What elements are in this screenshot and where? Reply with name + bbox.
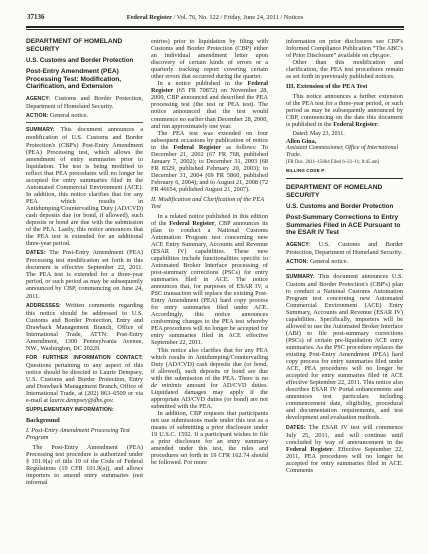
agency-label: AGENCY: (286, 242, 310, 248)
notice-divider-rule (286, 178, 403, 179)
clarification-paragraph: This notice also clarifies that for any … (151, 347, 268, 410)
test-program-paragraph: The Post-Entry Amendment (PEA) Processin… (26, 444, 143, 486)
notice-published-paragraph: In a notice published in the Federal Reg… (151, 80, 268, 129)
action-label: ACTION: (26, 113, 48, 119)
notice1-summary: SUMMARY: This document announces a modif… (26, 126, 143, 247)
notice1-agency-office-heading: U.S. Customs and Border Protection (26, 57, 143, 64)
header-citation: Federal Register / Vol. 76, No. 122 / Fr… (26, 14, 404, 21)
notice2-agency-line: AGENCY: U.S. Customs and Border Protecti… (286, 241, 403, 256)
notice2-summary: SUMMARY: This document announces U.S. Cu… (286, 273, 403, 422)
section-i-heading: I. Post-Entry Amendment Processing Test … (26, 427, 143, 441)
signer-title: Assistant Commissioner, Office of Intern… (286, 145, 403, 158)
notice1-department-heading: DEPARTMENT OF HOMELAND SECURITY (26, 38, 143, 53)
dates-text: The ESAR IV test will commence July 25, … (286, 424, 403, 474)
notice1-agency-line: AGENCY: Customs and Border Protection, D… (26, 95, 143, 110)
column-right: information on prior disclosures see CBP… (286, 38, 403, 550)
test-program-paragraph-continued: entries) prior to liquidation by filing … (151, 38, 268, 80)
other-than-paragraph: Other than this modification and clarifi… (286, 59, 403, 80)
notice2-action-line: ACTION: General notice. (286, 258, 403, 266)
notice2-agency-office-heading: U.S. Customs and Border Protection (286, 203, 403, 210)
background-heading: Background (26, 417, 143, 424)
action-text: General notice. (50, 112, 88, 119)
section-rule (26, 122, 143, 123)
related-notice-paragraph: In a related notice published in this ed… (151, 213, 268, 347)
page-header: 37136 Federal Register / Vol. 76, No. 12… (26, 13, 404, 23)
summary-text: This document announces U.S. Custom and … (286, 273, 403, 422)
column-middle: entries) prior to liquidation by filing … (151, 38, 268, 550)
notice2-department-heading: DEPARTMENT OF HOMELAND SECURITY (286, 184, 403, 199)
prior-disclosure-paragraph-continued: information on prior disclosures see CBP… (286, 38, 403, 59)
summary-label: SUMMARY: (26, 127, 55, 133)
agency-label: AGENCY: (26, 96, 50, 102)
column-left: DEPARTMENT OF HOMELAND SECURITY U.S. Cus… (26, 38, 143, 550)
dated-line: Dated: May 23, 2011. (286, 131, 403, 138)
dates-label: DATES: (26, 250, 46, 256)
header-double-rule (26, 26, 404, 30)
notice2-title: Post-Summary Corrections to Entry Summar… (286, 214, 403, 237)
dates-label: DATES: (286, 425, 306, 431)
notice1-addresses: ADDRESSES: Written comments regarding th… (26, 302, 143, 352)
action-text: General notice. (310, 258, 348, 265)
extensions-paragraph: The PEA test was extended on four subseq… (151, 130, 268, 193)
notice2-dates: DATES: The ESAR IV test will commence Ju… (286, 424, 403, 474)
section-ii-heading: II. Modification and Clarification of th… (151, 196, 268, 210)
notice1-title: Post-Entry Amendment (PEA) Processing Te… (26, 68, 143, 91)
section-iii-heading: III. Extension of the PEA Test (286, 83, 403, 90)
summary-label: SUMMARY: (286, 274, 315, 280)
contact-text: Questions pertaining to any aspect of th… (26, 362, 143, 404)
supplementary-label: SUPPLEMENTARY INFORMATION: (26, 407, 114, 413)
billing-code: BILLING CODE P (286, 167, 403, 174)
notice1-supplementary: SUPPLEMENTARY INFORMATION: (26, 406, 143, 414)
notice1-dates: DATES: The Post-Entry Amendment (PEA) Pr… (26, 249, 143, 299)
action-label: ACTION: (286, 259, 308, 265)
notice1-action-line: ACTION: General notice. (26, 112, 143, 120)
extension-paragraph: This notice announces a further extensio… (286, 93, 403, 128)
federal-register-page: 37136 Federal Register / Vol. 76, No. 12… (0, 0, 428, 554)
addresses-label: ADDRESSES: (26, 303, 61, 309)
section-rule (286, 269, 403, 270)
contact-label: FOR FURTHER INFORMATION CONTACT: (26, 355, 143, 361)
prior-disclosure-paragraph: In addition, CBP requests that participa… (151, 410, 268, 466)
addresses-text: Written comments regarding this notice s… (26, 302, 143, 352)
fr-doc-line: [FR Doc. 2011–15664 Filed 6–23–11; 8:45 … (286, 160, 403, 166)
notice1-contact: FOR FURTHER INFORMATION CONTACT: Questio… (26, 354, 143, 404)
summary-text: This document announces a modification o… (26, 126, 143, 247)
dates-text: The Post-Entry Amendment (PEA) Processin… (26, 249, 143, 299)
